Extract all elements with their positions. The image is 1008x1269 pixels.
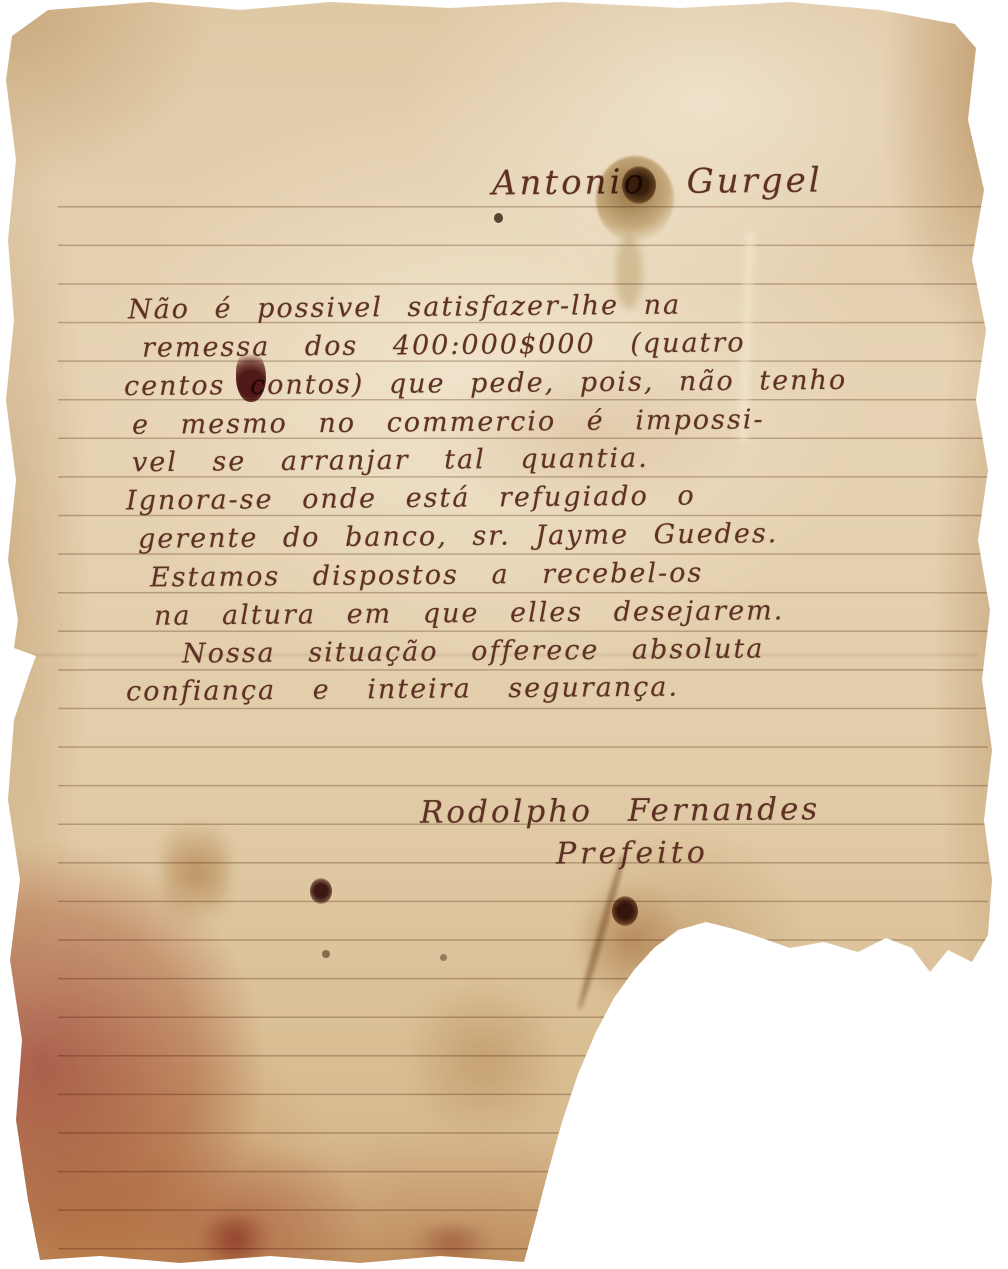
handwritten-text-layer: Antonio Gurgel Não é possivel satisfazer… (0, 0, 1008, 1269)
body-line-6: Ignora-se onde está refugiado o (126, 481, 696, 517)
addressee-line: Antonio Gurgel (492, 161, 823, 204)
body-line-4: e mesmo no commercio é impossi- (132, 404, 765, 441)
body-line-11: confiança e inteira segurança. (126, 672, 679, 708)
body-line-1: Não é possivel satisfazer-lhe na (128, 290, 681, 326)
body-line-8: Estamos dispostos a recebel-os (150, 558, 704, 594)
signature-title: Prefeito (556, 835, 709, 871)
body-line-9: na altura em que elles desejarem. (154, 595, 785, 631)
signature-name: Rodolpho Fernandes (420, 791, 821, 830)
body-line-2: remessa dos 400:000$000 (quatro (142, 327, 746, 363)
body-line-7: gerente do banco, sr. Jayme Guedes. (138, 518, 779, 555)
body-line-5: vel se arranjar tal quantia. (132, 443, 649, 479)
scan-background: Antonio Gurgel Não é possivel satisfazer… (0, 0, 1008, 1269)
letter-paper: Antonio Gurgel Não é possivel satisfazer… (0, 0, 1008, 1269)
body-line-3: centos contos) que pede, pois, não tenho (124, 365, 847, 402)
body-line-10: Nossa situação offerece absoluta (182, 633, 765, 669)
